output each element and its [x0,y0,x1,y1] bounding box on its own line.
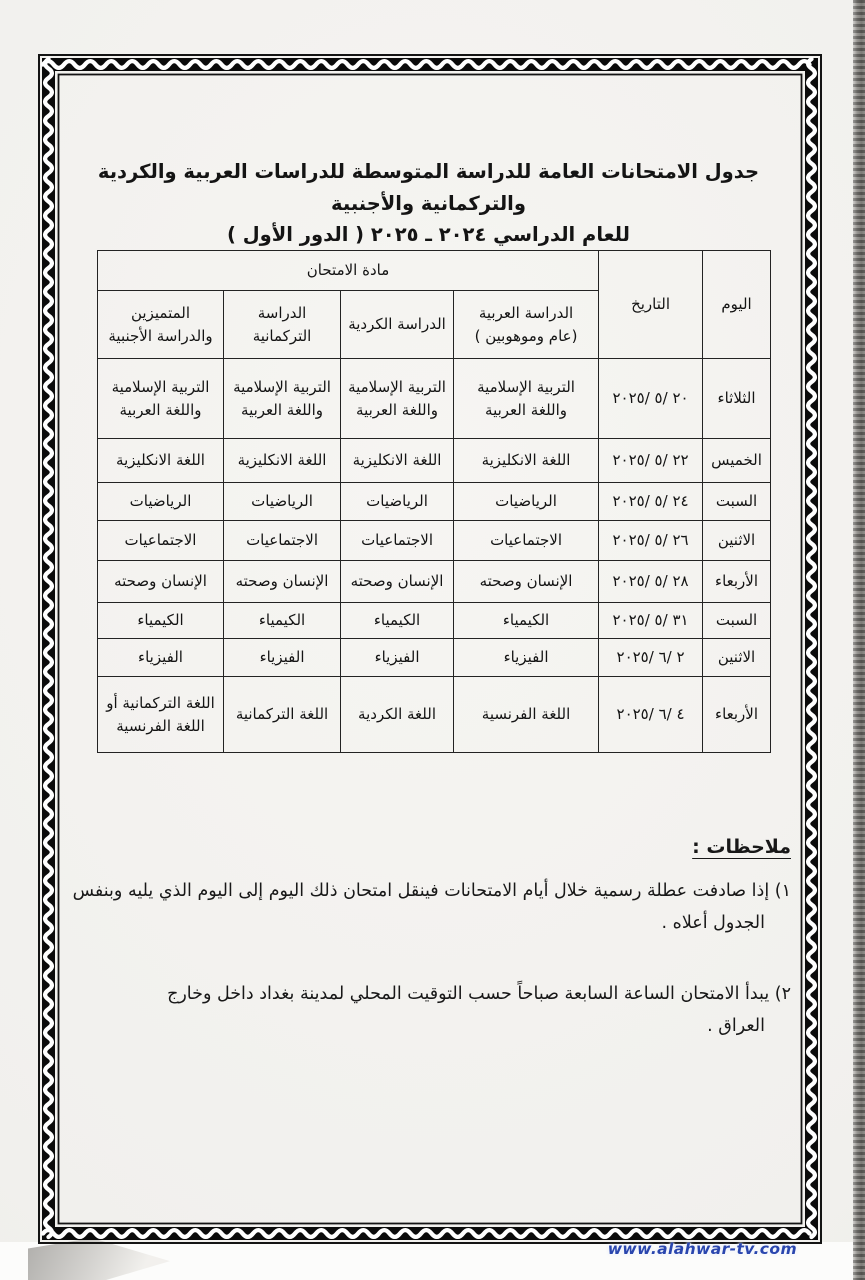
header-kurdish-study: الدراسة الكردية [341,291,454,359]
day-cell: السبت [703,483,771,521]
subject-cell: الإنسان وصحته [341,561,454,603]
subject-cell: الاجتماعيات [98,521,224,561]
subject-cell: الإنسان وصحته [98,561,224,603]
date-cell: ٢٤ /٥ /٢٠٢٥ [599,483,703,521]
subject-cell: الكيمياء [224,603,341,639]
exam-schedule-table: اليوم التاريخ مادة الامتحان الدراسة العر… [97,250,771,753]
note-item-1: ١) إذا صادفت عطلة رسمية خلال أيام الامتح… [70,876,791,939]
subject-cell: الرياضيات [341,483,454,521]
subject-cell: اللغة التركمانية أو اللغة الفرنسية [98,677,224,753]
subject-cell: الرياضيات [98,483,224,521]
subject-cell: الفيزياء [341,639,454,677]
table-row: الخميس ٢٢ /٥ /٢٠٢٥ اللغة الانكليزية اللغ… [98,439,771,483]
date-cell: ٢٦ /٥ /٢٠٢٥ [599,521,703,561]
day-cell: الأربعاء [703,561,771,603]
notes-heading: ملاحظات : [692,836,791,858]
header-arabic-study: الدراسة العربية (عام وموهوبين ) [454,291,599,359]
header-turkmen-study: الدراسة التركمانية [224,291,341,359]
date-cell: ٣١ /٥ /٢٠٢٥ [599,603,703,639]
scanned-document: جدول الامتحانات العامة للدراسة المتوسطة … [0,0,865,1280]
subject-cell: الفيزياء [98,639,224,677]
watermark-url: www.alahwar-tv.com [608,1240,797,1258]
subject-cell: الكيمياء [454,603,599,639]
header-day: اليوم [703,251,771,359]
table-row: الاثنين ٢ /٦ /٢٠٢٥ الفيزياء الفيزياء الف… [98,639,771,677]
date-cell: ٢٢ /٥ /٢٠٢٥ [599,439,703,483]
date-cell: ٢٨ /٥ /٢٠٢٥ [599,561,703,603]
day-cell: الثلاثاء [703,359,771,439]
subject-cell: الرياضيات [454,483,599,521]
subject-cell: التربية الإسلامية واللغة العربية [224,359,341,439]
date-cell: ٢ /٦ /٢٠٢٥ [599,639,703,677]
subject-cell: الفيزياء [454,639,599,677]
subject-cell: اللغة الانكليزية [454,439,599,483]
subject-cell: الاجتماعيات [341,521,454,561]
date-cell: ٤ /٦ /٢٠٢٥ [599,677,703,753]
table-row: الأربعاء ٤ /٦ /٢٠٢٥ اللغة الفرنسية اللغة… [98,677,771,753]
table-row: الثلاثاء ٢٠ /٥ /٢٠٢٥ التربية الإسلامية و… [98,359,771,439]
subject-cell: الاجتماعيات [454,521,599,561]
subject-cell: الإنسان وصحته [224,561,341,603]
subject-cell: التربية الإسلامية واللغة العربية [454,359,599,439]
day-cell: الاثنين [703,639,771,677]
header-date: التاريخ [599,251,703,359]
table-row: الأربعاء ٢٨ /٥ /٢٠٢٥ الإنسان وصحته الإنس… [98,561,771,603]
page-title: جدول الامتحانات العامة للدراسة المتوسطة … [52,156,805,251]
subject-cell: اللغة الكردية [341,677,454,753]
subject-cell: التربية الإسلامية واللغة العربية [98,359,224,439]
subject-cell: الاجتماعيات [224,521,341,561]
subject-cell: اللغة الانكليزية [341,439,454,483]
subject-cell: الإنسان وصحته [454,561,599,603]
subject-cell: اللغة الانكليزية [224,439,341,483]
subject-cell: اللغة التركمانية [224,677,341,753]
subject-cell: الكيمياء [98,603,224,639]
date-cell: ٢٠ /٥ /٢٠٢٥ [599,359,703,439]
subject-cell: الفيزياء [224,639,341,677]
table-header-row-1: اليوم التاريخ مادة الامتحان [98,251,771,291]
subject-cell: الكيمياء [341,603,454,639]
header-subject-group: مادة الامتحان [98,251,599,291]
subject-cell: اللغة الفرنسية [454,677,599,753]
page-title-line2: للعام الدراسي ٢٠٢٤ ـ ٢٠٢٥ ( الدور الأول … [52,219,805,251]
page-edge-binding [853,0,865,1280]
table-row: الاثنين ٢٦ /٥ /٢٠٢٥ الاجتماعيات الاجتماع… [98,521,771,561]
day-cell: الاثنين [703,521,771,561]
header-distinguished-foreign: المتميزين والدراسة الأجنبية [98,291,224,359]
subject-cell: الرياضيات [224,483,341,521]
day-cell: السبت [703,603,771,639]
day-cell: الأربعاء [703,677,771,753]
table-row: السبت ٢٤ /٥ /٢٠٢٥ الرياضيات الرياضيات ال… [98,483,771,521]
page-title-line1: جدول الامتحانات العامة للدراسة المتوسطة … [52,156,805,219]
table-row: السبت ٣١ /٥ /٢٠٢٥ الكيمياء الكيمياء الكي… [98,603,771,639]
subject-cell: اللغة الانكليزية [98,439,224,483]
note-item-2: ٢) يبدأ الامتحان الساعة السابعة صباحاً ح… [70,979,791,1042]
day-cell: الخميس [703,439,771,483]
subject-cell: التربية الإسلامية واللغة العربية [341,359,454,439]
notes-section: ملاحظات : ١) إذا صادفت عطلة رسمية خلال أ… [70,836,791,1082]
